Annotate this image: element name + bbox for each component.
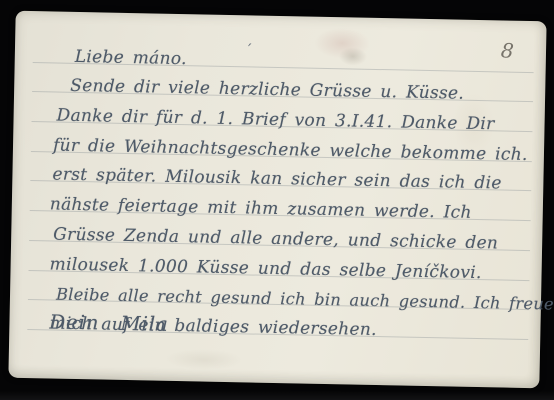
postcard: 8 Liebe máno. ′ Sende dir viele herzlich… (8, 11, 546, 389)
scan-background: 8 Liebe máno. ′ Sende dir viele herzlich… (0, 0, 554, 400)
ruled-writing-area: Liebe máno. ′ Sende dir viele herzliche … (27, 33, 534, 340)
signature-text: Dein Mila (49, 310, 432, 341)
paper-stain (148, 343, 259, 375)
stray-tick-mark: ′ (248, 40, 252, 58)
